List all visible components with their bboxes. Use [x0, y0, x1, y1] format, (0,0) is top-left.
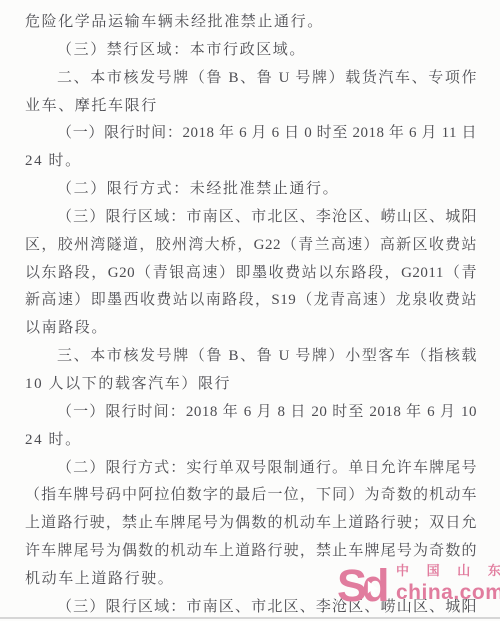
bottom-divider — [0, 617, 500, 619]
text-line: （二）限行方式：未经批准禁止通行。 — [25, 176, 477, 204]
document-text-block: 危险化学品运输车辆未经批准禁止通行。 （三）禁行区域：本市行政区域。 二、本市核… — [25, 9, 477, 621]
text-line: 上道路行驶，禁止车牌尾号为偶数的机动车上道路行驶；双日允 — [25, 510, 477, 538]
text-line: （一）限行时间：2018 年 6 月 6 日 0 时至 2018 年 6 月 1… — [25, 120, 477, 148]
text-line: 新高速）即墨西收费站以南路段，S19（龙青高速）龙泉收费站 — [25, 287, 477, 315]
text-line: 危险化学品运输车辆未经批准禁止通行。 — [25, 9, 477, 37]
text-line: 24 时。 — [25, 148, 477, 176]
scanned-notice-page: 危险化学品运输车辆未经批准禁止通行。 （三）禁行区域：本市行政区域。 二、本市核… — [0, 0, 500, 621]
text-line: 许车牌尾号为偶数的机动车上道路行驶，禁止车牌尾号为奇数的 — [25, 538, 477, 566]
text-line: （二）限行方式：实行单双号限制通行。单日允许车牌尾号 — [25, 455, 477, 483]
text-line: 区，胶州湾隧道，胶州湾大桥，G22（青兰高速）高新区收费站 — [25, 232, 477, 260]
text-line: 以南路段。 — [25, 315, 477, 343]
text-line: 二、本市核发号牌（鲁 B、鲁 U 号牌）载货汽车、专项作 — [25, 65, 477, 93]
text-line: 业车、摩托车限行 — [25, 93, 477, 121]
text-line: 24 时。 — [25, 427, 477, 455]
text-line: 10 人以下的载客汽车）限行 — [25, 371, 477, 399]
text-line: 三、本市核发号牌（鲁 B、鲁 U 号牌）小型客车（指核载 — [25, 343, 477, 371]
text-line: 以东路段，G20（青银高速）即墨收费站以东路段，G2011（青 — [25, 260, 477, 288]
text-line: （一）限行时间：2018 年 6 月 8 日 20 时至 2018 年 6 月 … — [25, 399, 477, 427]
text-line: 机动车上道路行驶。 — [25, 566, 477, 594]
text-line: （指车牌号码中阿拉伯数字的最后一位，下同）为奇数的机动车 — [25, 482, 477, 510]
text-line: （三）禁行区域：本市行政区域。 — [25, 37, 477, 65]
text-line: （三）限行区域：市南区、市北区、李沧区、崂山区、城阳 — [25, 204, 477, 232]
